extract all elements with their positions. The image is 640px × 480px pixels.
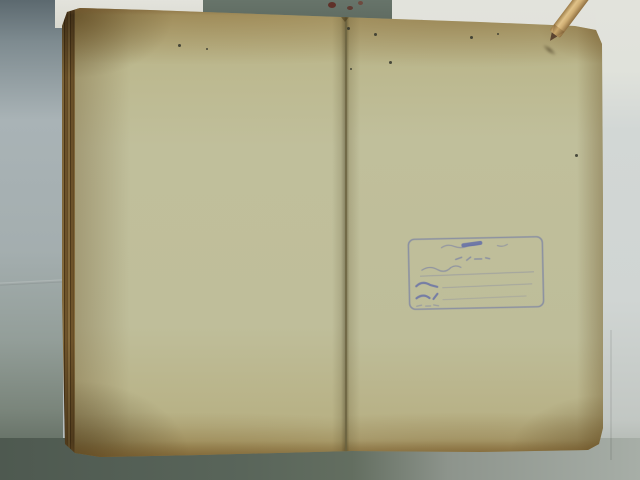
stamp-label-row5 (416, 294, 437, 299)
photo-of-open-book (0, 0, 640, 480)
ink-speck (389, 61, 392, 64)
stamp-handwriting-row1b (497, 244, 507, 246)
stamp-handwriting-row2 (456, 257, 490, 261)
ink-speck (178, 44, 181, 47)
backdrop-paper-left (0, 0, 63, 480)
ink-speck (470, 36, 473, 39)
ink-speck (347, 27, 350, 30)
paper-crease-right (610, 330, 612, 460)
ink-speck (575, 154, 578, 157)
stamp-handwriting-row6 (417, 305, 439, 306)
red-stain (328, 2, 336, 8)
stamp-handwriting-row3 (422, 266, 461, 272)
ink-speck (206, 48, 208, 50)
red-stain (358, 1, 363, 5)
stamp-label-row4 (416, 283, 437, 288)
stamp-graphic (405, 233, 549, 316)
library-stamp (405, 233, 549, 316)
stamp-ruled-line-2 (442, 284, 532, 288)
ink-speck (350, 68, 352, 70)
red-stain (347, 6, 353, 10)
ink-speck (497, 33, 499, 35)
open-book (0, 0, 640, 480)
stamp-ruled-line-3 (442, 296, 526, 300)
ink-speck (374, 33, 377, 36)
stamp-bold-mark (463, 243, 480, 245)
stamp-ruled-line-1 (420, 272, 534, 276)
